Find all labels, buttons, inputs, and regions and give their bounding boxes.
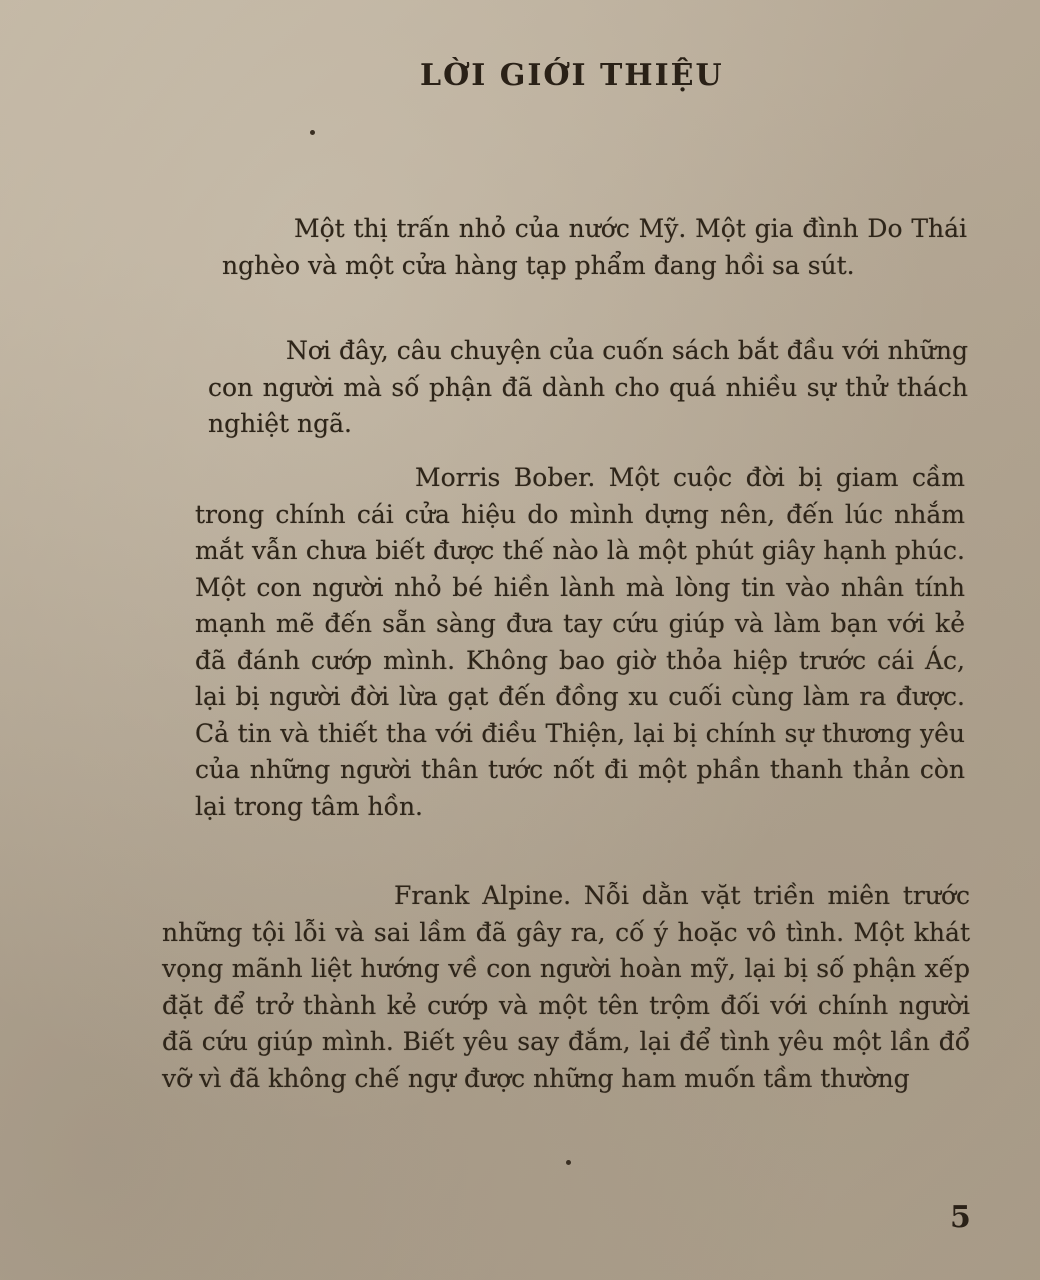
ink-speck [310,130,315,135]
book-page: LỜI GIỚI THIỆU Một thị trấn nhỏ của nước… [0,0,1040,1280]
page-number: 5 [950,1200,971,1235]
paragraph-frank-alpine: Frank Alpine. Nỗi dằn vặt triền miên trư… [162,878,970,1097]
ink-speck [566,1160,571,1165]
paragraph-intro: Một thị trấn nhỏ của nước Mỹ. Một gia đì… [222,211,967,284]
paragraph-morris-bober: Morris Bober. Một cuộc đời bị giam cầm t… [195,460,965,825]
paragraph-setting: Nơi đây, câu chuyện của cuốn sách bắt đầ… [208,333,968,443]
page-title: LỜI GIỚI THIỆU [420,58,780,93]
